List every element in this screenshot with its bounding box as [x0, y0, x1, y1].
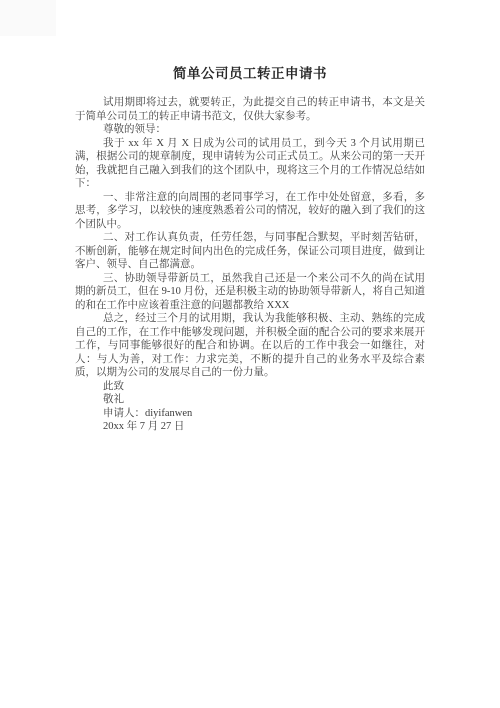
closing-cizhi-line: 此致 — [75, 380, 425, 394]
document-body: 试用期即将过去，就要转正，为此提交自己的转正申请书，本文是关于简单公司员工的转正… — [75, 96, 425, 434]
salutation-line: 尊敬的领导： — [75, 123, 425, 137]
closing-jingli-line: 敬礼 — [75, 393, 425, 407]
document-page: 简单公司员工转正申请书 试用期即将过去，就要转正，为此提交自己的转正申请书，本文… — [0, 0, 500, 708]
opening-paragraph: 我于 xx 年 X 月 X 日成为公司的试用员工，到今天 3 个月试用期已满，根… — [75, 137, 425, 191]
scan-artifact — [0, 0, 56, 36]
applicant-line: 申请人：diyifanwen — [75, 407, 425, 421]
date-line: 20xx 年 7 月 27 日 — [75, 420, 425, 434]
document-title: 简单公司员工转正申请书 — [0, 62, 500, 82]
intro-paragraph: 试用期即将过去，就要转正，为此提交自己的转正申请书，本文是关于简单公司员工的转正… — [75, 96, 425, 123]
list-item-1: 一、非常注意的向周围的老同事学习，在工作中处处留意，多看，多思考，多学习，以较快… — [75, 191, 425, 232]
list-item-3: 三、协助领导带新员工，虽然我自己还是一个来公司不久的尚在试用期的新员工，但在 9… — [75, 272, 425, 313]
summary-paragraph: 总之，经过三个月的试用期，我认为我能够积极、主动、熟练的完成自己的工作，在工作中… — [75, 312, 425, 380]
list-item-2: 二、对工作认真负责，任劳任怨，与同事配合默契，平时刻苦钻研，不断创新，能够在规定… — [75, 231, 425, 272]
